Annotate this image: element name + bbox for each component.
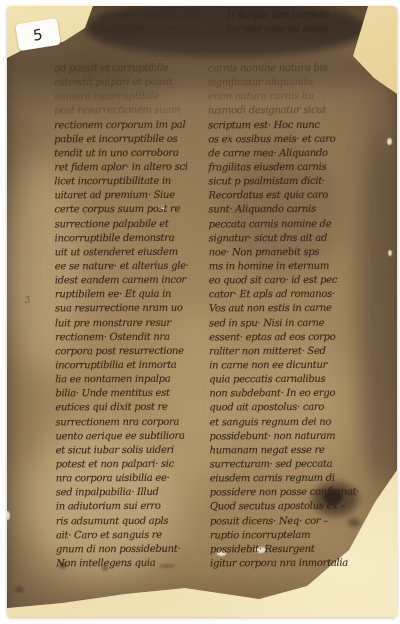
- ghost-lines-right: Is itaque iam corporatur nisi quia ibi e…: [227, 9, 329, 37]
- manuscript-text-line: corpora post resurrectione: [55, 344, 207, 359]
- manuscript-text-line: sunt· Aliquando carnis: [209, 203, 379, 218]
- manuscript-text-line: licet incorruptibilitate in: [54, 175, 206, 190]
- text-column-right: carnis nomine natura bissignificatur ali…: [208, 62, 380, 572]
- manuscript-text-line: manere incorruptibile: [54, 90, 206, 105]
- manuscript-text-line: surrecturam· sed peccata: [210, 458, 380, 473]
- ghost-lines-left: et incorruptibile quiapalpabile manens: [99, 9, 200, 37]
- margin-mark: ʒ: [25, 294, 30, 304]
- parchment-under-leaf: et incorruptibile quiapalpabile manens I…: [7, 6, 397, 617]
- manuscript-text-line: surrectione palpabile et: [55, 217, 207, 232]
- manuscript-text-line: sicut p psalmistam dicit·: [208, 175, 378, 190]
- stain-spot: [15, 586, 24, 593]
- manuscript-text-line: bilia· Unde mentitus est: [55, 387, 207, 402]
- manuscript-text-line: sed in spu· Nisi in carne: [209, 316, 379, 331]
- manuscript-text-line: qd possit et corruptibile: [54, 62, 206, 77]
- manuscript-text-line: surrectionem nra corpora: [55, 415, 207, 430]
- manuscript-text-line: nra corpora uisibilia ee·: [56, 472, 208, 487]
- manuscript-text-line: eiusdem carnis regnum di: [210, 472, 380, 487]
- manuscript-text-line: carnis nomine natura bis: [208, 62, 378, 77]
- manuscript-text-line: de carne mea· Aliquando: [208, 146, 378, 161]
- manuscript-text-line: et sicut iubar solis uideri: [56, 443, 208, 458]
- manuscript-text-line: tendit ut in uno corrobora: [54, 147, 206, 162]
- manuscript-text-line: igitur corpora nra inmortalia: [210, 557, 380, 572]
- manuscript-text-line: noe· Non pmanebit sps: [209, 245, 379, 260]
- manuscript-text-line: eutices qui dixit post re: [55, 401, 207, 416]
- manuscript-text-line: gnum di non possidebunt·: [56, 542, 208, 557]
- manuscript-text-line: incorruptibilia et inmorta: [55, 359, 207, 374]
- manuscript-text-line: pabile et incorruptibile os: [54, 132, 206, 147]
- manuscript-text-line: Vos aut non estis in carne: [209, 302, 379, 317]
- manuscript-text-line: ostendit palpari et possit: [54, 76, 206, 91]
- manuscript-text-line: incorruptibile demonstra: [55, 231, 207, 246]
- manuscript-ghost-line: Is itaque iam corpora: [227, 9, 329, 23]
- manuscript-text-line: posuit dicens· Neq· cor –: [210, 514, 380, 529]
- manuscript-text-line: os ex ossibus meis· et caro: [208, 132, 378, 147]
- manuscript-text-line: rectionem corporum im pal: [54, 118, 206, 133]
- manuscript-text-line: possidebunt· non naturam: [209, 429, 379, 444]
- manuscript-text-line: Non intellegens quia: [56, 557, 208, 572]
- photo-scan: et incorruptibile quiapalpabile manens I…: [0, 0, 400, 624]
- manuscript-text-line: lia ee nontamen inpalpa: [55, 373, 207, 388]
- manuscript-text-line: potest et non palpari· sic: [56, 458, 208, 473]
- manuscript-text-line: ait· Caro et sanguis re: [56, 528, 208, 543]
- manuscript-text-line: Quod secutus apostolus ex –: [210, 500, 380, 515]
- manuscript-text-line: eo quod sit caro· id est pec: [209, 274, 379, 289]
- manuscript-text-line: enim natura carnis hu: [208, 90, 378, 105]
- manuscript-text-line: non subdebant· In eo ergo: [209, 387, 379, 402]
- manuscript-text-line: Recordatus est quia caro: [208, 189, 378, 204]
- manuscript-text-line: possidebit· Resurgent: [210, 542, 380, 557]
- manuscript-text-line: fragilitas eiusdem carnis: [208, 161, 378, 176]
- manuscript-text-line: certe corpus suum post re: [55, 203, 207, 218]
- manuscript-text-line: significatur aliquando: [208, 76, 378, 91]
- manuscript-text-line: ms in homine in eternum: [209, 260, 379, 275]
- white-fleck: [387, 138, 392, 145]
- manuscript-text-line: ee se nature· et alterius gle·: [55, 260, 207, 275]
- manuscript-text-line: post resurrectionem suam: [54, 104, 206, 119]
- manuscript-text-line: uit ut ostenderet eiusdem: [55, 245, 207, 260]
- white-fleck: [5, 511, 10, 520]
- manuscript-text-line: quia peccatis carnalibus: [209, 373, 379, 388]
- manuscript-text-line: humanam negat esse re: [210, 443, 380, 458]
- manuscript-ghost-line: tur nisi quia ibi erunt: [227, 23, 329, 37]
- manuscript-ghost-line: et incorruptibile quia: [99, 9, 200, 23]
- manuscript-text-line: sua resurrectione nram uo: [55, 302, 207, 317]
- manuscript-text-line: raliter non mitteret· Sed: [209, 344, 379, 359]
- manuscript-text-line: signatur· sicut dns ait ad: [209, 231, 379, 246]
- manuscript-text-line: ris adsumunt quod apls: [56, 514, 208, 529]
- text-column-left: qd possit et corruptibileostendit palpar…: [54, 62, 208, 572]
- manuscript-text-line: peccata carnis nomine de: [209, 217, 379, 232]
- manuscript-text-line: uitaret ad premium· Siue: [54, 189, 206, 204]
- folio-number: 5: [32, 25, 44, 45]
- manuscript-text-line: possidere non posse confirmat·: [210, 486, 380, 501]
- manuscript-text-line: iusmodi designatur sicut: [208, 104, 378, 119]
- manuscript-text-line: uento aerique ee subtiliora: [55, 429, 207, 444]
- manuscript-text-line: scriptum est· Hoc nunc: [208, 118, 378, 133]
- manuscript-text-line: in carne non ee dicuntur: [209, 359, 379, 374]
- manuscript-text-line: et sanguis regnum dei no: [209, 415, 379, 430]
- manuscript-text-line: ruptibilem ee· Et quia in: [55, 288, 207, 303]
- manuscript-text-line: ruptio incorruptelam: [210, 528, 380, 543]
- manuscript-text-line: essent· eptas ad eos corpo: [209, 330, 379, 345]
- manuscript-ghost-line: palpabile manens: [99, 23, 200, 37]
- manuscript-text-line: quod ait apostolus· caro: [209, 401, 379, 416]
- manuscript-text-line: ret fidem aplor· in altero sci: [54, 161, 206, 176]
- manuscript-text-line: sed inpalpabilia· Illud: [56, 486, 208, 501]
- manuscript-text-line: in adiutorium sui erro: [56, 500, 208, 515]
- manuscript-text-line: idest eandem carnem incor: [55, 274, 207, 289]
- manuscript-text-line: luit pre monstrare resur: [55, 316, 207, 331]
- white-fleck: [388, 250, 392, 256]
- manuscript-text-line: rectionem· Ostendit nra: [55, 330, 207, 345]
- manuscript-text-line: cator· Et apls ad romanos·: [209, 288, 379, 303]
